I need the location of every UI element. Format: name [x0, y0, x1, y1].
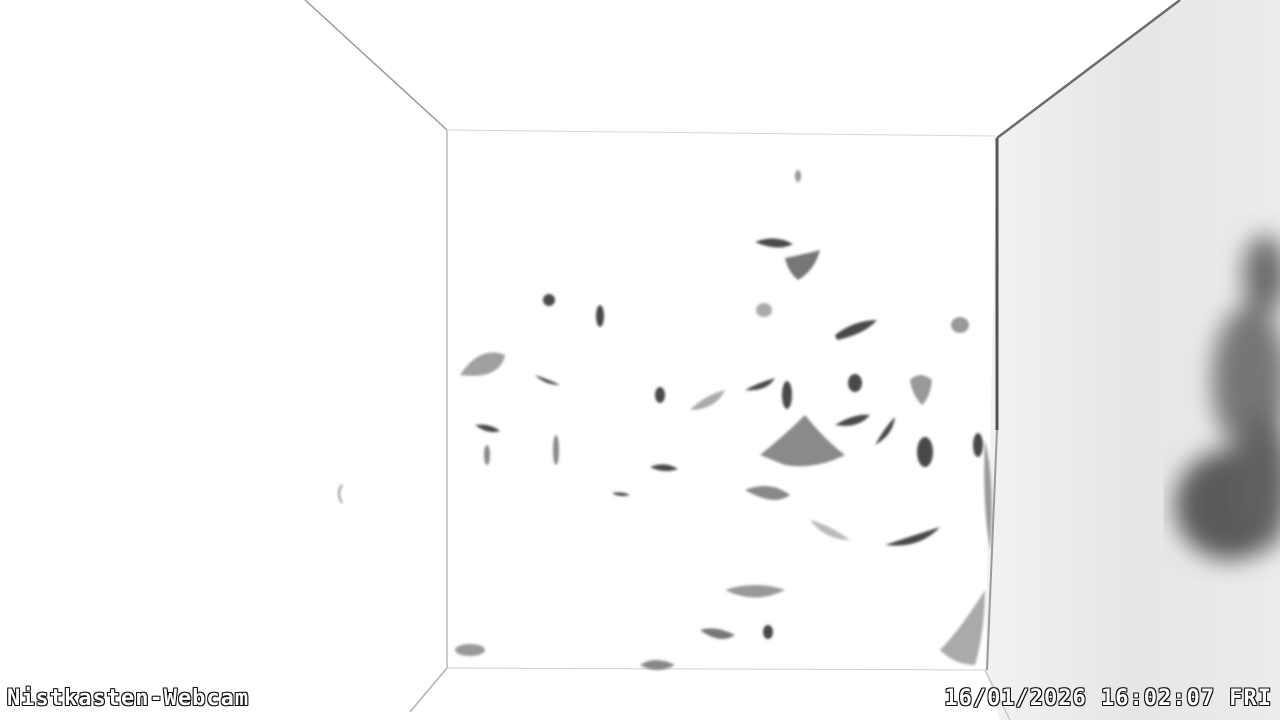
- weekday-label: FRI: [1229, 686, 1272, 711]
- time-label: 16:02:07: [1101, 686, 1215, 711]
- date-label: 16/01/2026: [944, 686, 1086, 711]
- nest-box-walls: [0, 0, 1280, 720]
- timestamp-overlay: 16/01/2026 16:02:07 FRI: [944, 688, 1272, 710]
- webcam-image: [0, 0, 1280, 720]
- camera-name-label: Nistkasten-Webcam: [7, 688, 249, 710]
